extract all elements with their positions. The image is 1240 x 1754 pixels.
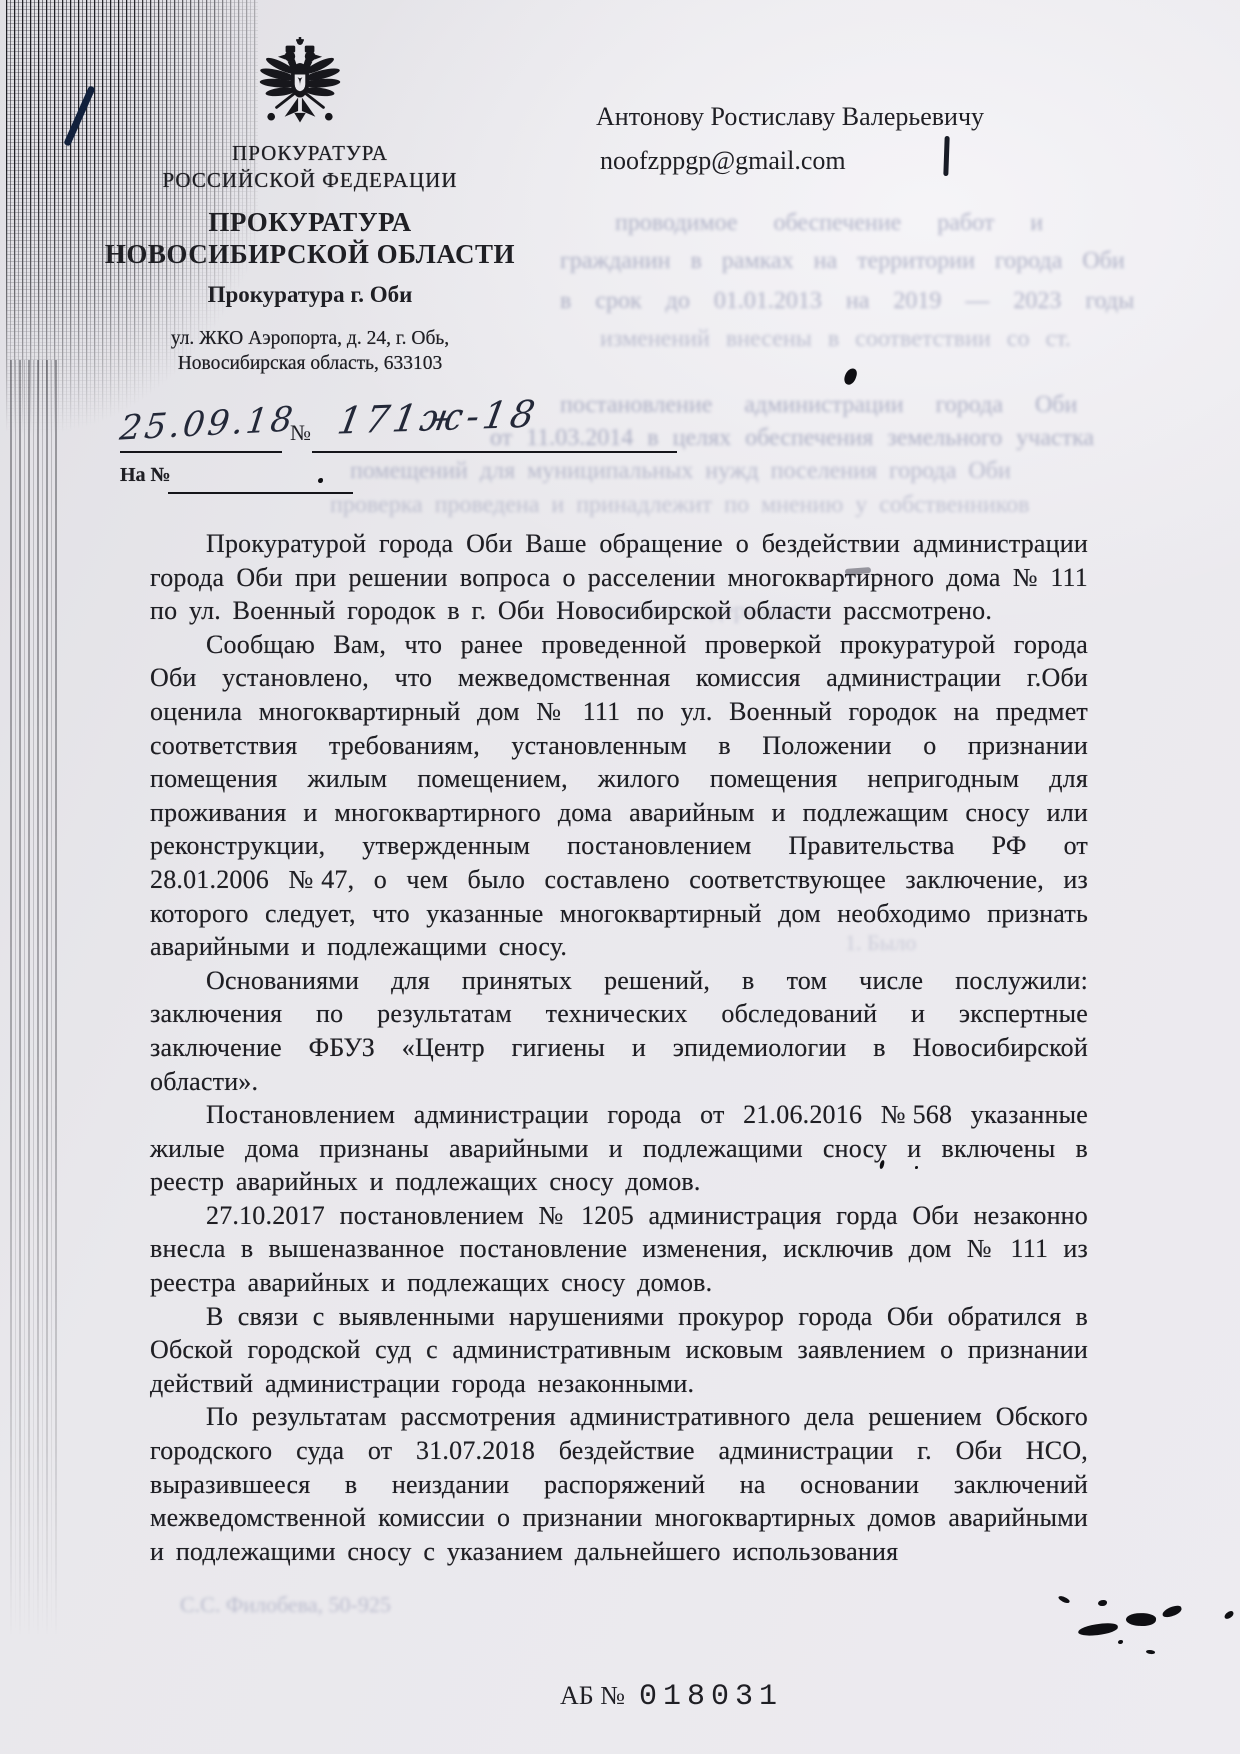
ink-smudge (1098, 1600, 1107, 1606)
paragraph: Основаниями для принятых решений, в том … (150, 964, 1088, 1098)
ink-smudge (1161, 1604, 1183, 1619)
letterhead-line: РОССИЙСКОЙ ФЕДЕРАЦИИ (110, 167, 510, 194)
paragraph: Сообщаю Вам, что ранее проведенной прове… (150, 628, 1088, 964)
ink-smudge (1078, 1622, 1119, 1637)
ink-smudge (1146, 1649, 1156, 1655)
form-number: АБ №018031 (560, 1680, 783, 1714)
reply-to-number-label: На № (120, 464, 171, 487)
ink-smudge (1058, 1594, 1071, 1604)
paragraph: Прокуратурой города Оби Ваше обращение о… (150, 527, 1088, 628)
form-number-value: 018031 (639, 1680, 783, 1714)
recipient-name: Антонову Ростиславу Валерьевичу (596, 102, 984, 132)
form-series-label: АБ № (560, 1681, 625, 1710)
letterhead-city-prosecutor: Прокуратура г. Оби (110, 282, 510, 308)
ink-blot (843, 367, 859, 387)
number-sign: № (290, 420, 311, 446)
letterhead-region-prosecutor: ПРОКУРАТУРА НОВОСИБИРСКОЙ ОБЛАСТИ (100, 206, 520, 270)
paragraph: 27.10.2017 постановлением № 1205 админис… (150, 1199, 1088, 1300)
letterhead-address: ул. ЖКО Аэропорта, д. 24, г. Обь, Новоси… (110, 326, 510, 376)
paragraph: В связи с выявленными нарушениями прокур… (150, 1300, 1088, 1401)
scanned-letter-page: проводимое обеспечение работ и гражданин… (0, 0, 1240, 1754)
coat-of-arms-eagle-icon (252, 34, 348, 138)
scanner-noise-left-strip (10, 360, 60, 1640)
letterhead-federation: ПРОКУРАТУРА РОССИЙСКОЙ ФЕДЕРАЦИИ (110, 140, 510, 194)
ink-smudge (1118, 1640, 1123, 1644)
recipient-email: noofzppgp@gmail.com (600, 146, 846, 176)
letterhead-line: ПРОКУРАТУРА (100, 206, 520, 238)
bleedthrough-text: проводимое обеспечение работ и (615, 210, 1043, 237)
bleedthrough-text: С.С. Филобева, 50-925 (180, 1592, 391, 1618)
handwritten-outgoing-number: 171ж-18 (334, 392, 542, 442)
letterhead-line: НОВОСИБИРСКОЙ ОБЛАСТИ (100, 238, 520, 270)
bleedthrough-text: изменений внесены в соответствии со ст. (600, 326, 1071, 353)
bleedthrough-text: в срок до 01.01.2013 на 2019 — 2023 годы (560, 288, 1134, 315)
paragraph: Постановлением администрации города от 2… (150, 1098, 1088, 1199)
number-underline (312, 451, 677, 453)
handwritten-date: 25.09.18 (118, 399, 298, 448)
paragraph: По результатам рассмотрения администрати… (150, 1400, 1088, 1568)
date-underline (120, 451, 282, 453)
address-line: ул. ЖКО Аэропорта, д. 24, г. Обь, (110, 326, 510, 351)
letter-body: Прокуратурой города Оби Ваше обращение о… (150, 527, 1088, 1568)
bleedthrough-text: проверка проведена и принадлежит по мнен… (330, 492, 1029, 519)
address-line: Новосибирская область, 633103 (110, 351, 510, 376)
ink-smudge (1126, 1612, 1157, 1627)
ink-smudge (1223, 1610, 1235, 1620)
bleedthrough-text: постановление администрации города Оби (560, 392, 1077, 419)
letterhead-line: ПРОКУРАТУРА (110, 140, 510, 167)
bleedthrough-text: от 11.03.2014 в целях обеспечения земель… (490, 425, 1094, 452)
bleedthrough-text: гражданин в рамках на территории города … (560, 248, 1125, 275)
pen-tick-mark (943, 136, 949, 176)
bleedthrough-text: помещений для муниципальных нужд поселен… (350, 458, 1011, 485)
reply-number-underline (168, 492, 353, 494)
speck (318, 478, 323, 483)
